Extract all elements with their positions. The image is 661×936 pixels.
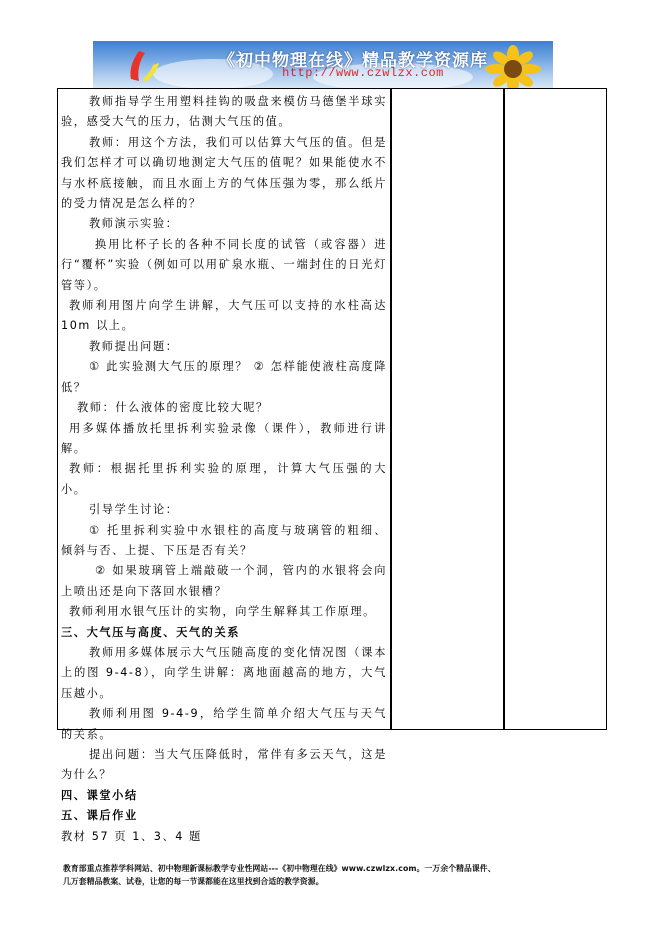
paragraph: 换用比杯子长的各种不同长度的试管（或容器）进行“覆杯”实验（例如可以用矿泉水瓶、… — [61, 235, 387, 296]
paragraph: ① 此实验测大气压的原理？ ② 怎样能使液柱高度降低？ — [61, 357, 387, 398]
paragraph: 引导学生讨论： — [61, 500, 387, 520]
banner-url: http://www.czwlzx.com — [253, 66, 473, 80]
paragraph: 教师提出问题： — [61, 337, 387, 357]
paragraph: 教师利用图片向学生讲解，大气压可以支持的水柱高达 10m 以上。 — [61, 296, 387, 337]
paragraph: 教师利用图 9-4-9，给学生简单介绍大气压与天气的关系。 — [61, 704, 387, 745]
paragraph: ① 托里拆利实验中水银柱的高度与玻璃管的粗细、倾斜与否、上提、下压是否有关？ — [61, 521, 387, 562]
paragraph: 教师：根据托里拆利实验的原理，计算大气压强的大小。 — [61, 459, 387, 500]
section-heading: 五、课后作业 — [61, 806, 387, 826]
header-banner: 《初中物理在线》精品教学资源库 http://www.czwlzx.com — [93, 41, 553, 88]
column-divider — [503, 89, 505, 729]
paragraph: 提出问题：当大气压降低时，常伴有多云天气，这是为什么？ — [61, 745, 387, 786]
footer-line: 教育部重点推荐学科网站、初中物理新课标教学专业性网站---《初中物理在线》www… — [63, 862, 623, 875]
paragraph: ② 如果玻璃管上端敲破一个洞，管内的水银将会向上喷出还是向下落回水银槽？ — [61, 561, 387, 602]
section-heading: 三、大气压与高度、天气的关系 — [61, 623, 387, 643]
column-divider — [390, 89, 392, 729]
site-logo-icon — [125, 49, 165, 85]
paragraph: 教材 57 页 1、3、4 题 — [61, 827, 387, 847]
paragraph: 教师指导学生用塑料挂钩的吸盘来模仿马德堡半球实验，感受大气的压力，估测大气压的值… — [61, 92, 387, 133]
page-footer: 教育部重点推荐学科网站、初中物理新课标教学专业性网站---《初中物理在线》www… — [63, 862, 623, 888]
lesson-table: 教师指导学生用塑料挂钩的吸盘来模仿马德堡半球实验，感受大气的压力，估测大气压的值… — [57, 88, 607, 730]
paragraph: 教师演示实验： — [61, 214, 387, 234]
lesson-content-cell: 教师指导学生用塑料挂钩的吸盘来模仿马德堡半球实验，感受大气的压力，估测大气压的值… — [61, 92, 387, 847]
footer-line: 几万套精品教案、试卷，让您的每一节课都能在这里找到合适的教学资源。 — [63, 875, 623, 888]
paragraph: 教师用多媒体展示大气压随高度的变化情况图（课本上的图 9-4-8），向学生讲解：… — [61, 643, 387, 704]
paragraph: 用多媒体播放托里拆利实验录像（课件），教师进行讲解。 — [61, 419, 387, 460]
paragraph: 教师：什么液体的密度比较大呢？ — [61, 398, 387, 418]
sunflower-icon — [481, 45, 545, 88]
section-heading: 四、课堂小结 — [61, 786, 387, 806]
paragraph: 教师利用水银气压计的实物，向学生解释其工作原理。 — [61, 602, 387, 622]
paragraph: 教师：用这个方法，我们可以估算大气压的值。但是我们怎样才可以确切地测定大气压的值… — [61, 133, 387, 215]
